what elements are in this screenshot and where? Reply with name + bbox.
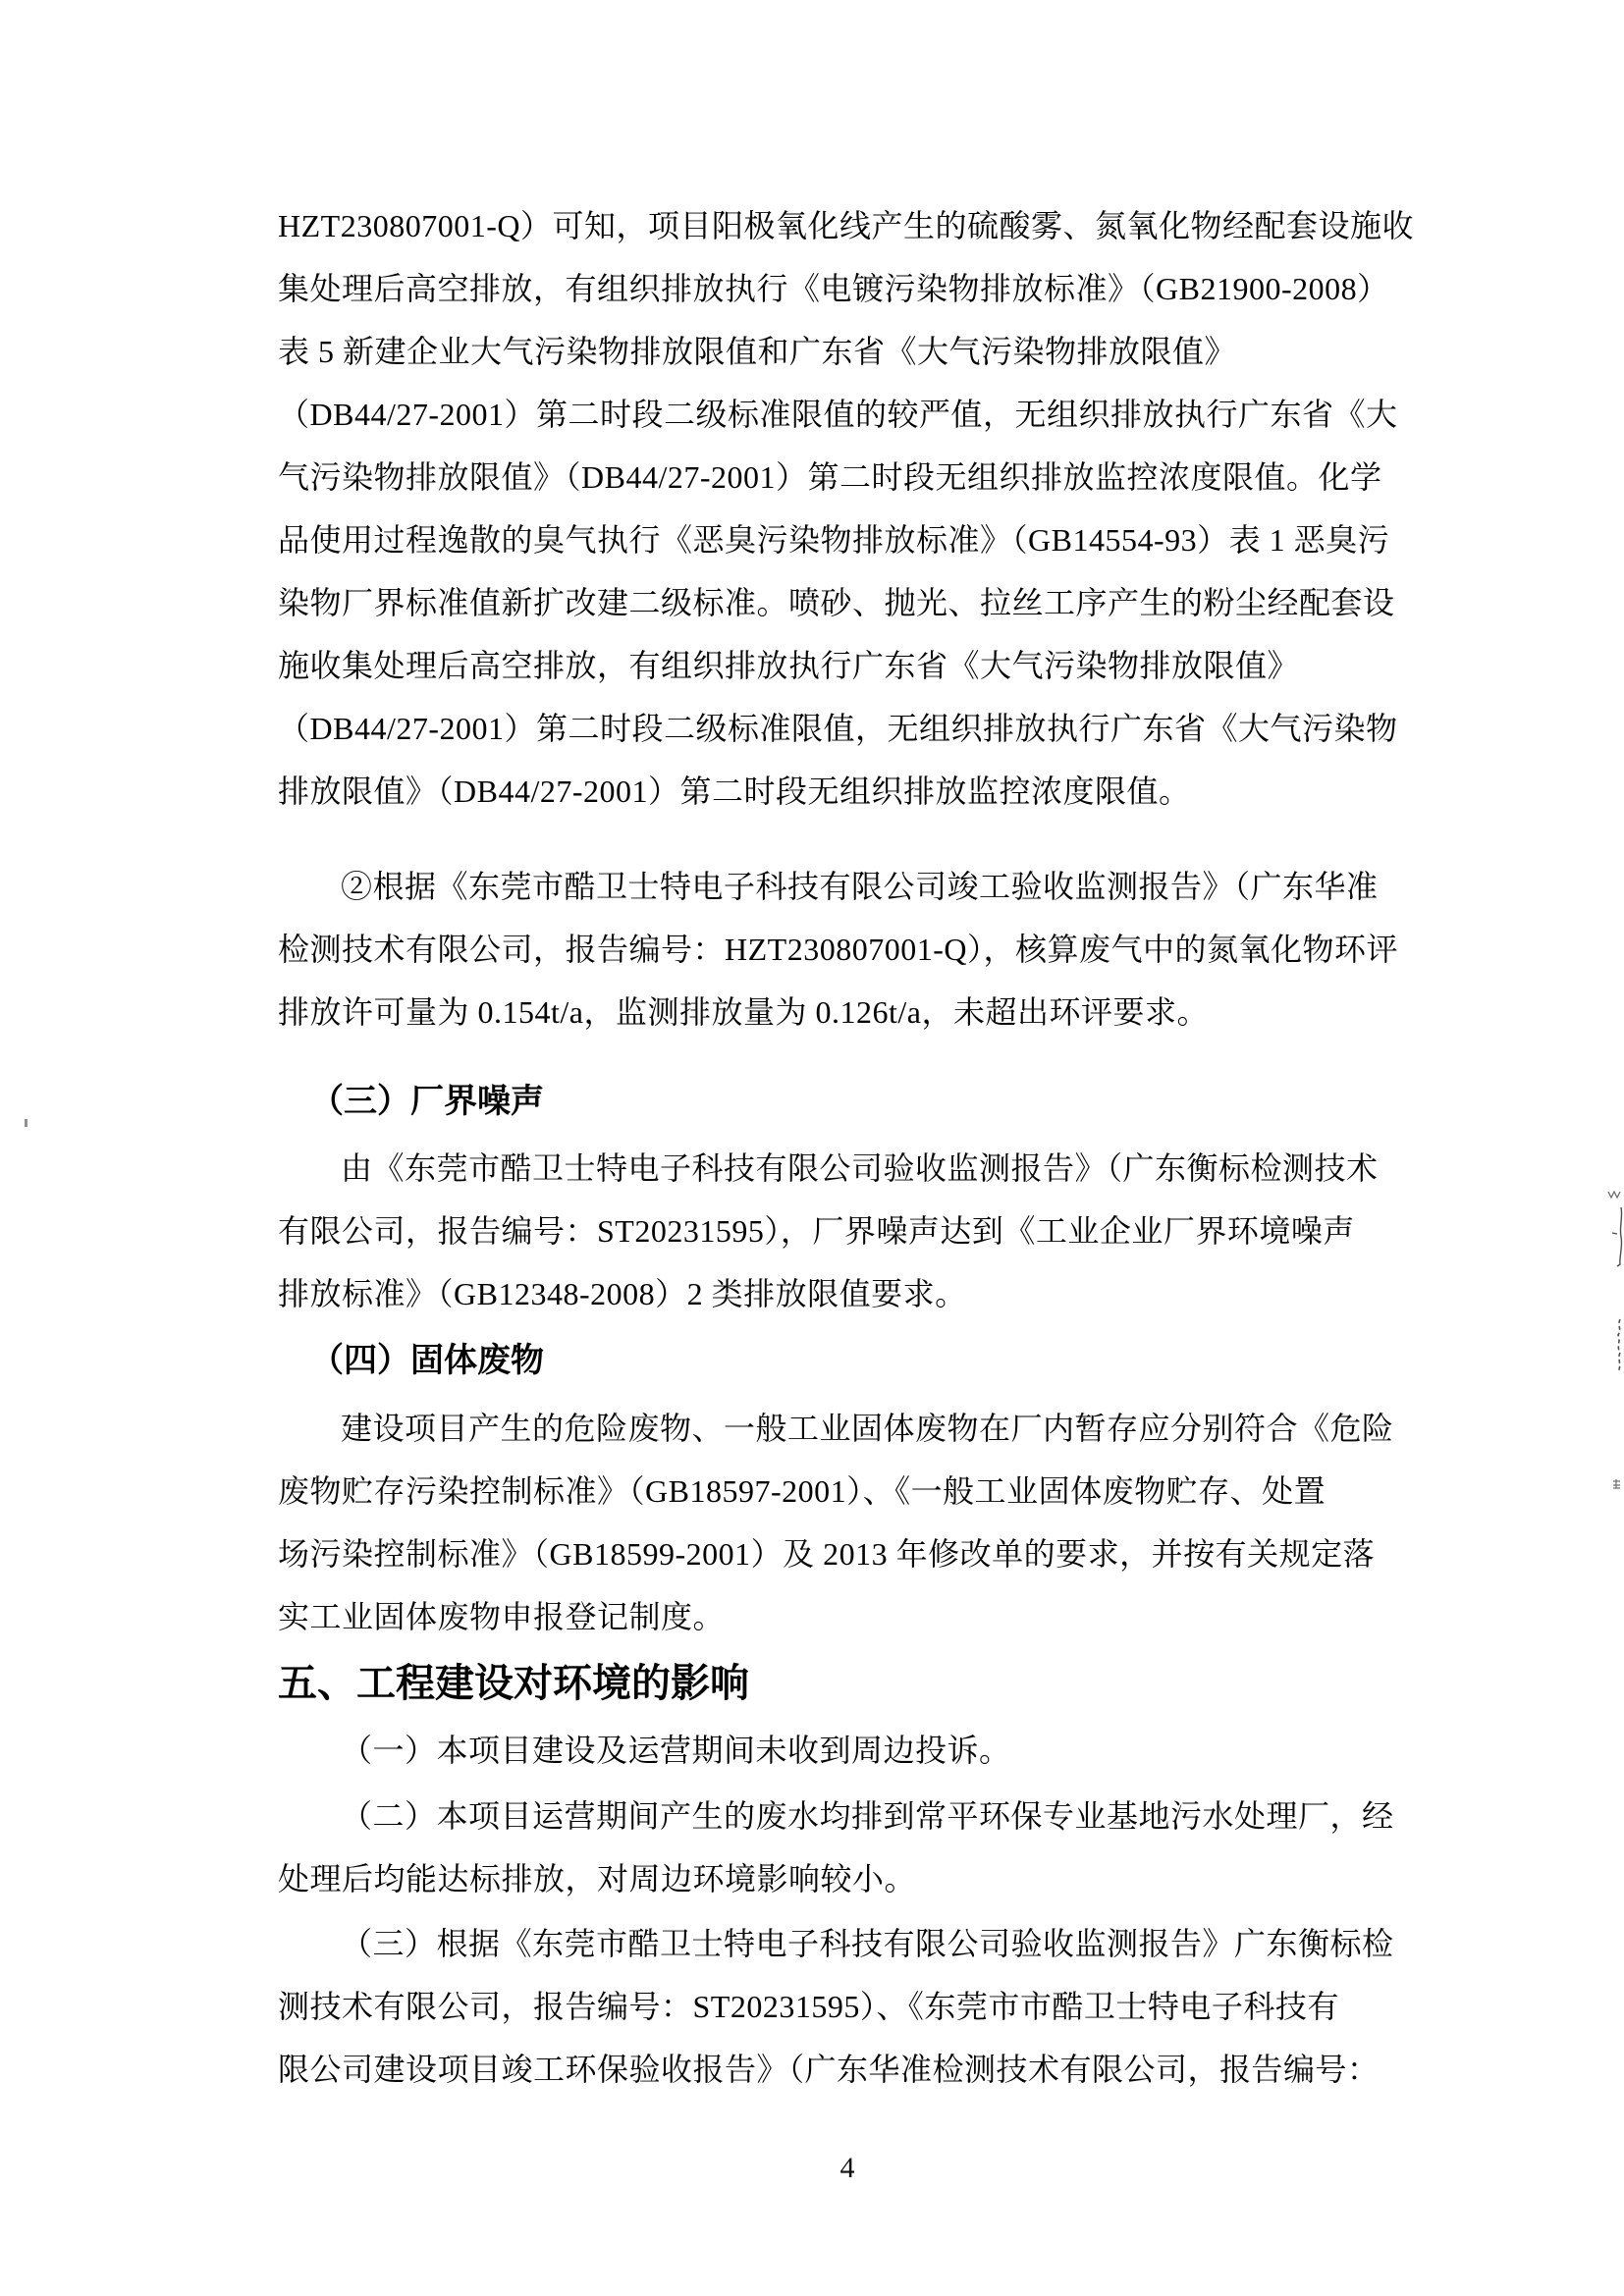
heading-solid-waste: （四）固体废物 [278, 1330, 1417, 1393]
document-page: HZT230807001-Q）可知，项目阳极氧化线产生的硫酸雾、氮氧化物经配套设… [0, 0, 1624, 2296]
para-air-continued-line-4: （DB44/27-2001）第二时段二级标准限值的较严值，无组织排放执行广东省《… [278, 383, 1417, 446]
para-solid-waste-line-2: 废物贮存污染控制标准》（GB18597-2001）、《一般工业固体废物贮存、处置 [278, 1460, 1417, 1522]
para-impact-item3: （三）根据《东莞市酷卫士特电子科技有限公司验收监测报告》广东衡标检测技术有限公司… [278, 1912, 1417, 2101]
scan-artifact-dash [25, 1119, 27, 1127]
para-boundary-noise-line-3: 排放标准》（GB12348-2008）2 类排放限值要求。 [278, 1262, 1417, 1325]
para-air-continued-line-7: 染物厂界标准值新扩改建二级标准。喷砂、抛光、拉丝工序产生的粉尘经配套设 [278, 571, 1417, 634]
para-impact-item2-line-2: 处理后均能达标排放，对周边环境影响较小。 [278, 1847, 1417, 1910]
para-impact-item2-line-1: （二）本项目运营期间产生的废水均排到常平环保专业基地污水处理厂，经 [278, 1785, 1417, 1847]
para-impact-item3-line-2: 测技术有限公司，报告编号：ST20231595）、《东莞市市酷卫士特电子科技有 [278, 1975, 1417, 2038]
para-impact-item3-line-1: （三）根据《东莞市酷卫士特电子科技有限公司验收监测报告》广东衡标检 [278, 1912, 1417, 1975]
para-air-continued-line-3: 表 5 新建企业大气污染物排放限值和广东省《大气污染物排放限值》 [278, 320, 1417, 383]
heading-section5: 五、工程建设对环境的影响 [278, 1648, 1417, 1719]
para-nox-accounting: ②根据《东莞市酷卫士特电子科技有限公司竣工验收监测报告》（广东华准检测技术有限公… [278, 855, 1417, 1043]
para-air-continued-line-6: 品使用过程逸散的臭气执行《恶臭污染物排放标准》（GB14554-93）表 1 恶… [278, 508, 1417, 571]
para-nox-accounting-line-2: 检测技术有限公司，报告编号：HZT230807001-Q），核算废气中的氮氧化物… [278, 918, 1417, 981]
para-impact-item1: （一）本项目建设及运营期间未收到周边投诉。 [278, 1719, 1417, 1782]
para-boundary-noise: 由《东莞市酷卫士特电子科技有限公司验收监测报告》（广东衡标检测技术有限公司，报告… [278, 1137, 1417, 1325]
scan-artifact-scrawl [1612, 1317, 1624, 1376]
para-boundary-noise-line-2: 有限公司，报告编号：ST20231595），厂界噪声达到《工业企业厂界环境噪声 [278, 1200, 1417, 1262]
page-footer: 4 [278, 2153, 1417, 2184]
para-air-continued: HZT230807001-Q）可知，项目阳极氧化线产生的硫酸雾、氮氧化物经配套设… [278, 194, 1417, 823]
para-solid-waste-line-3: 场污染控制标准》（GB18599-2001）及 2013 年修改单的要求，并按有… [278, 1522, 1417, 1585]
para-air-continued-line-2: 集处理后高空排放，有组织排放执行《电镀污染物排放标准》（GB21900-2008… [278, 257, 1417, 320]
para-impact-item3-line-3: 限公司建设项目竣工环保验收报告》（广东华准检测技术有限公司，报告编号： [278, 2038, 1417, 2101]
scan-artifact-blob [1610, 1477, 1624, 1491]
para-nox-accounting-line-3: 排放许可量为 0.154t/a，监测排放量为 0.126t/a，未超出环评要求。 [278, 981, 1417, 1043]
document-body: HZT230807001-Q）可知，项目阳极氧化线产生的硫酸雾、氮氧化物经配套设… [278, 0, 1417, 2101]
para-nox-accounting-line-1: ②根据《东莞市酷卫士特电子科技有限公司竣工验收监测报告》（广东华准 [278, 855, 1417, 918]
heading-boundary-noise: （三）厂界噪声 [278, 1071, 1417, 1134]
para-air-continued-line-1: HZT230807001-Q）可知，项目阳极氧化线产生的硫酸雾、氮氧化物经配套设… [278, 194, 1417, 257]
para-solid-waste-line-1: 建设项目产生的危险废物、一般工业固体废物在厂内暂存应分别符合《危险 [278, 1397, 1417, 1460]
para-solid-waste: 建设项目产生的危险废物、一般工业固体废物在厂内暂存应分别符合《危险废物贮存污染控… [278, 1397, 1417, 1648]
para-impact-item1-line-1: （一）本项目建设及运营期间未收到周边投诉。 [278, 1719, 1417, 1782]
para-boundary-noise-line-1: 由《东莞市酷卫士特电子科技有限公司验收监测报告》（广东衡标检测技术 [278, 1137, 1417, 1200]
para-impact-item2: （二）本项目运营期间产生的废水均排到常平环保专业基地污水处理厂，经处理后均能达标… [278, 1785, 1417, 1910]
para-air-continued-line-10: 排放限值》（DB44/27-2001）第二时段无组织排放监控浓度限值。 [278, 760, 1417, 823]
scan-artifact-stroke [1608, 1205, 1624, 1268]
para-air-continued-line-8: 施收集处理后高空排放，有组织排放执行广东省《大气污染物排放限值》 [278, 634, 1417, 697]
para-air-continued-line-9: （DB44/27-2001）第二时段二级标准限值，无组织排放执行广东省《大气污染… [278, 697, 1417, 760]
para-solid-waste-line-4: 实工业固体废物申报登记制度。 [278, 1585, 1417, 1648]
para-air-continued-line-5: 气污染物排放限值》（DB44/27-2001）第二时段无组织排放监控浓度限值。化… [278, 446, 1417, 508]
page-number: 4 [278, 2153, 1417, 2184]
scan-artifact-zigzag [1606, 1188, 1624, 1201]
